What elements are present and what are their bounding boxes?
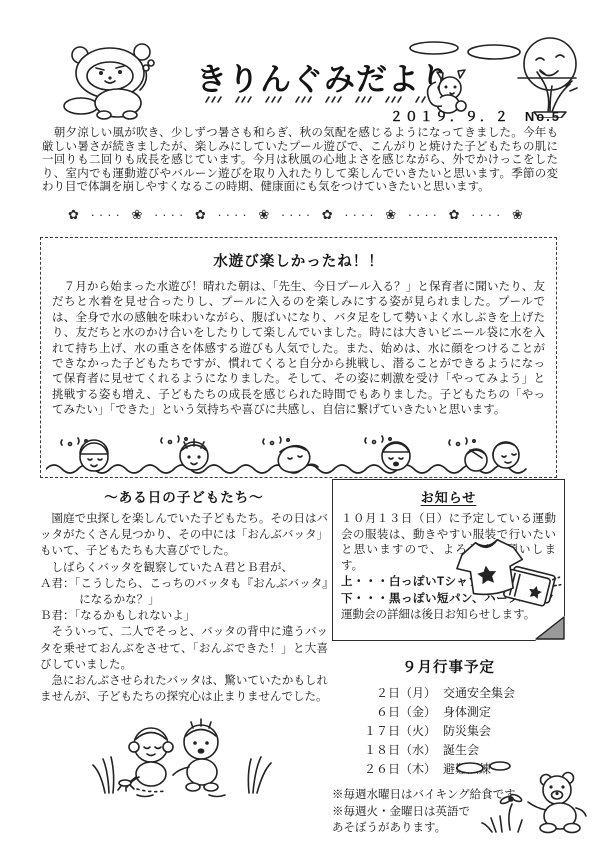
september-schedule-title: ９月行事予定 <box>332 656 565 677</box>
newsletter-page: きりんぐみだより <box>0 0 595 842</box>
event-row: ２日（月） 交通安全集会 <box>332 684 565 703</box>
pool-article-title: 水遊び楽しかったね！！ <box>52 250 545 271</box>
notice-title: お知らせ <box>341 487 556 506</box>
flower-border-decoration: ✿ ···· ❀ ···· ✿ ···· ❀ ···· ✿ ···· ❀ ···… <box>0 207 595 223</box>
event-date: ２６日（木） <box>350 760 436 779</box>
children-watching-grasshopper-illustration <box>89 711 279 799</box>
one-day-paragraph: そういって、二人でそっと、バッタの背中に違うバッタを乗せておんぶをさせて、「おん… <box>40 624 328 673</box>
notice-body: １０月１３日（日）に予定している運動会の服装は、動きやすい服装で行いたいと思いま… <box>341 512 556 574</box>
event-name: 交通安全集会 <box>443 684 547 703</box>
notice-box: お知らせ １０月１３日（日）に予定している運動会の服装は、動きやすい服装で行いた… <box>332 479 565 641</box>
bear-illustration <box>448 758 590 840</box>
one-day-paragraph: 園庭で虫探しを楽しんでいた子どもたち。その日はバッタがたくさん見つかり、その中に… <box>40 511 328 560</box>
one-day-article-title: 〜ある日の子どもたち〜 <box>40 486 328 506</box>
issue-date: ２０１９．９．２ No.5 <box>390 106 561 125</box>
event-row: ６日（金） 身体測定 <box>332 703 565 722</box>
one-day-paragraph: しばらくバッタを観察していたＡ君とＢ君が、 <box>40 560 328 576</box>
event-name: 防災集会 <box>443 722 547 741</box>
intro-paragraph: 朝夕涼しい風が吹き、少しずつ暑さも和らぎ、秋の気配を感じるようになってきました。… <box>42 127 558 195</box>
event-date: １７日（火） <box>350 722 436 741</box>
one-day-dialog-b: Ｂ君：「なるかもしれないよ」 <box>40 608 328 624</box>
event-date: ６日（金） <box>350 703 436 722</box>
event-date: １８日（水） <box>350 741 436 760</box>
pool-article-box: 水遊び楽しかったね！！ ７月から始まった水遊び！晴れた朝は、「先生、今日プール入… <box>40 237 557 478</box>
event-name: 身体測定 <box>443 703 547 722</box>
folded-corner-icon <box>535 616 565 641</box>
notice-footer: 運動会の詳細は後日お知らせします。 <box>341 608 556 624</box>
children-swimming-illustration <box>46 432 551 476</box>
one-day-article: 〜ある日の子どもたち〜 園庭で虫探しを楽しんでいた子どもたち。その日はバッタがた… <box>40 486 328 799</box>
tanuki-mascot-illustration <box>52 42 187 122</box>
pool-article-body: ７月から始まった水遊び！晴れた朝は、「先生、今日プール入る？」と保育者に聞いたり… <box>52 280 545 419</box>
one-day-dialog-a: Ａ君：「こうしたら、こっちのバッタも『おんぶバッタ』になるかな？」 <box>40 576 328 608</box>
event-date: ２日（月） <box>350 684 436 703</box>
one-day-paragraph: 急におんぶさせられたバッタは、驚いていたかもしれませんが、子どもたちの探究心は止… <box>40 673 328 705</box>
notice-wear-bottom: 下・・・黒っぽい短パン、ハーフパンツ <box>341 591 556 608</box>
event-row: １７日（火） 防災集会 <box>332 722 565 741</box>
notice-wear-top: 上・・・白っぽいTシャツ <box>341 574 556 591</box>
